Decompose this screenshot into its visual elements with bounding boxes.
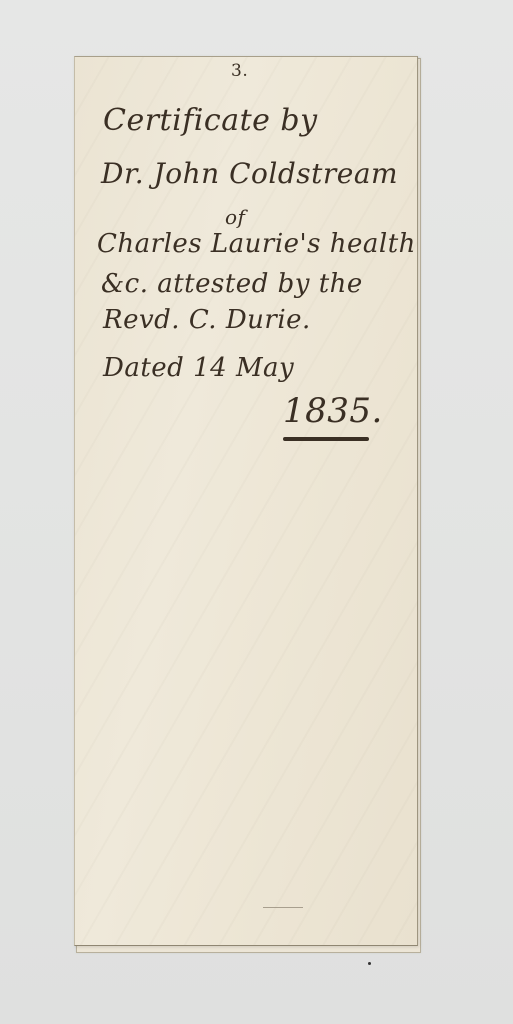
year: 1835.: [283, 391, 383, 431]
year-underline: [283, 437, 369, 441]
title-line: Certificate by: [103, 103, 318, 138]
attested-line: &c. attested by the: [101, 269, 363, 299]
manuscript-page: 3. Certificate by Dr. John Coldstream of…: [74, 56, 418, 946]
date-line: Dated 14 May: [103, 353, 294, 383]
ink-bleed-through: [75, 57, 417, 945]
author-line: Dr. John Coldstream: [101, 157, 398, 190]
page-number: 3.: [231, 61, 248, 81]
dust-speck: [368, 962, 371, 965]
subject-line: Charles Laurie's health: [97, 229, 416, 259]
witness-line: Revd. C. Durie.: [103, 305, 311, 335]
of-line: of: [225, 205, 245, 229]
pencil-mark: [263, 907, 303, 908]
